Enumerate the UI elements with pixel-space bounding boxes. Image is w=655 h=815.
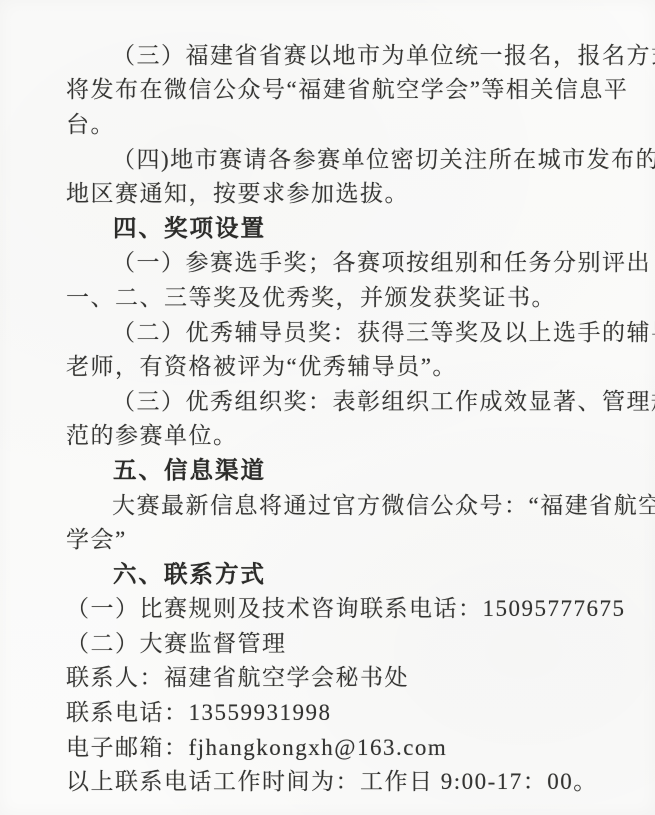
- text-line: 地区赛通知，按要求参加选拔。: [66, 174, 597, 209]
- text-line: 老师，有资格被评为“优秀辅导员”。: [66, 347, 597, 382]
- text-line: 以上联系电话工作时间为：工作日 9:00-17：00。: [66, 762, 597, 797]
- text-line: （三）优秀组织奖：表彰组织工作成效显著、管理规: [66, 382, 597, 417]
- document-text-lines: （三）福建省省赛以地市为单位统一报名，报名方式将发布在微信公众号“福建省航空学会…: [66, 36, 597, 797]
- text-line: 电子邮箱：fjhangkongxh@163.com: [66, 728, 597, 763]
- text-line: （一）比赛规则及技术咨询联系电话：15095777675: [66, 590, 597, 625]
- text-line: 联系电话：13559931998: [66, 693, 597, 728]
- section-heading: 五、信息渠道: [66, 451, 597, 486]
- text-line: 学会”: [66, 520, 597, 555]
- text-line: （二）优秀辅导员奖：获得三等奖及以上选手的辅导: [66, 313, 597, 348]
- text-line: 范的参赛单位。: [66, 417, 597, 452]
- text-line: 大赛最新信息将通过官方微信公众号：“福建省航空: [66, 486, 597, 521]
- text-line: 一、二、三等奖及优秀奖，并颁发获奖证书。: [66, 278, 597, 313]
- text-line: （四)地市赛请各参赛单位密切关注所在城市发布的: [66, 140, 597, 175]
- text-line: （三）福建省省赛以地市为单位统一报名，报名方式: [66, 36, 597, 71]
- text-line: 联系人：福建省航空学会秘书处: [66, 659, 597, 694]
- section-heading: 四、奖项设置: [66, 209, 597, 244]
- document-page: （三）福建省省赛以地市为单位统一报名，报名方式将发布在微信公众号“福建省航空学会…: [0, 0, 655, 815]
- text-line: （二）大赛监督管理: [66, 624, 597, 659]
- text-line: （一）参赛选手奖；各赛项按组别和任务分别评出: [66, 244, 597, 279]
- text-line: 将发布在微信公众号“福建省航空学会”等相关信息平: [66, 71, 597, 106]
- section-heading: 六、联系方式: [66, 555, 597, 590]
- text-line: 台。: [66, 105, 597, 140]
